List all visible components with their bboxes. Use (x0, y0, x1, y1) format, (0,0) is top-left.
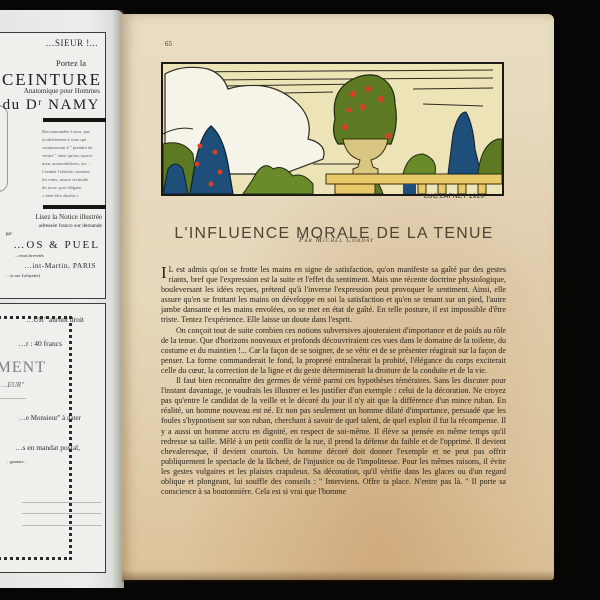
garden-scene-icon (163, 64, 502, 194)
ad-rule (43, 205, 106, 209)
ad-company-sub: …ceurs brevetés (14, 253, 44, 258)
article-body: IL est admis qu'on se frotte les mains e… (161, 265, 506, 497)
ad-address-sub: …la rue Lafayette) (6, 273, 40, 278)
ad-description-line: ventre " ainsi qu'aux sports- (42, 152, 106, 160)
artist-signature: LUC.LAFNET 1920 (424, 193, 484, 200)
ad-address: …int-Martin, PARIS (24, 261, 96, 270)
ad-description-line: Recommandée à tous, par- (42, 128, 106, 136)
ad-signature-label: …gnature : (6, 459, 26, 464)
ad-brand: du Dʳ NAMY (3, 97, 100, 114)
divider (0, 398, 26, 399)
paragraph-2: On conçoit tout de suite combien ces not… (161, 326, 506, 376)
ad-payment-line: …s en mandat postal, (15, 443, 80, 452)
page-number: 65 (165, 40, 172, 48)
page-edge-shadow (122, 570, 554, 582)
ad-description-line: commencent à " prendre du (42, 144, 106, 152)
ad-line-1: Portez la (56, 58, 86, 68)
ad-heading-sub: …EUR" (1, 381, 24, 389)
paragraph-1: IL est admis qu'on se frotte les mains e… (161, 265, 506, 326)
ad-bottom-line-1: …UR" auront droit (26, 315, 84, 324)
ad-description: Recommandée à tous, par- ticulièrement à… (42, 128, 106, 200)
paragraph-3: Il faut bien reconnaître des germes de v… (161, 376, 506, 497)
ad-description-line: du torse, port élégant, (42, 184, 106, 192)
garden-illustration (161, 62, 504, 196)
ad-company: …OS & PUEL (13, 239, 100, 251)
left-page-advertisement: …SIEUR !... Portez la CEINTURE Anatomiqu… (0, 10, 124, 588)
article-byline: Par Michel Corday (164, 236, 509, 244)
ad-description-line: les reins, assure rectitude (42, 176, 106, 184)
ad-heading: …MENT (0, 359, 46, 377)
drop-cap: I (161, 265, 167, 280)
ad-rule (43, 118, 106, 122)
ad-salutation: …SIEUR !... (46, 38, 99, 48)
paragraph-1-text: L est admis qu'on se frotte les mains en… (161, 265, 506, 324)
corset-illustration-icon (0, 105, 8, 192)
ad-line-3: Anatomique pour Hommes (24, 87, 100, 95)
ad-description-line: Combat l'obésité, soutient (42, 168, 106, 176)
ad-description-line: ticulièrement à ceux qui (42, 136, 106, 144)
ad-description-line: men, automobilistes, etc... (42, 160, 106, 168)
ad-price: …r : 40 francs (18, 339, 62, 348)
signature-line[interactable] (22, 502, 102, 503)
ad-date-line: …e Monsieur" à dater (19, 414, 81, 422)
ad-notice-1: Lisez la Notice illustrée (35, 213, 102, 221)
signature-line[interactable] (22, 525, 102, 526)
ad-description-line: « bien-être absolu » (42, 192, 106, 200)
dotted-border (0, 316, 72, 560)
ad-notice-2: adressée franco sur demande (39, 223, 102, 229)
signature-line[interactable] (22, 513, 102, 514)
ad-notice-3: par (6, 232, 12, 237)
